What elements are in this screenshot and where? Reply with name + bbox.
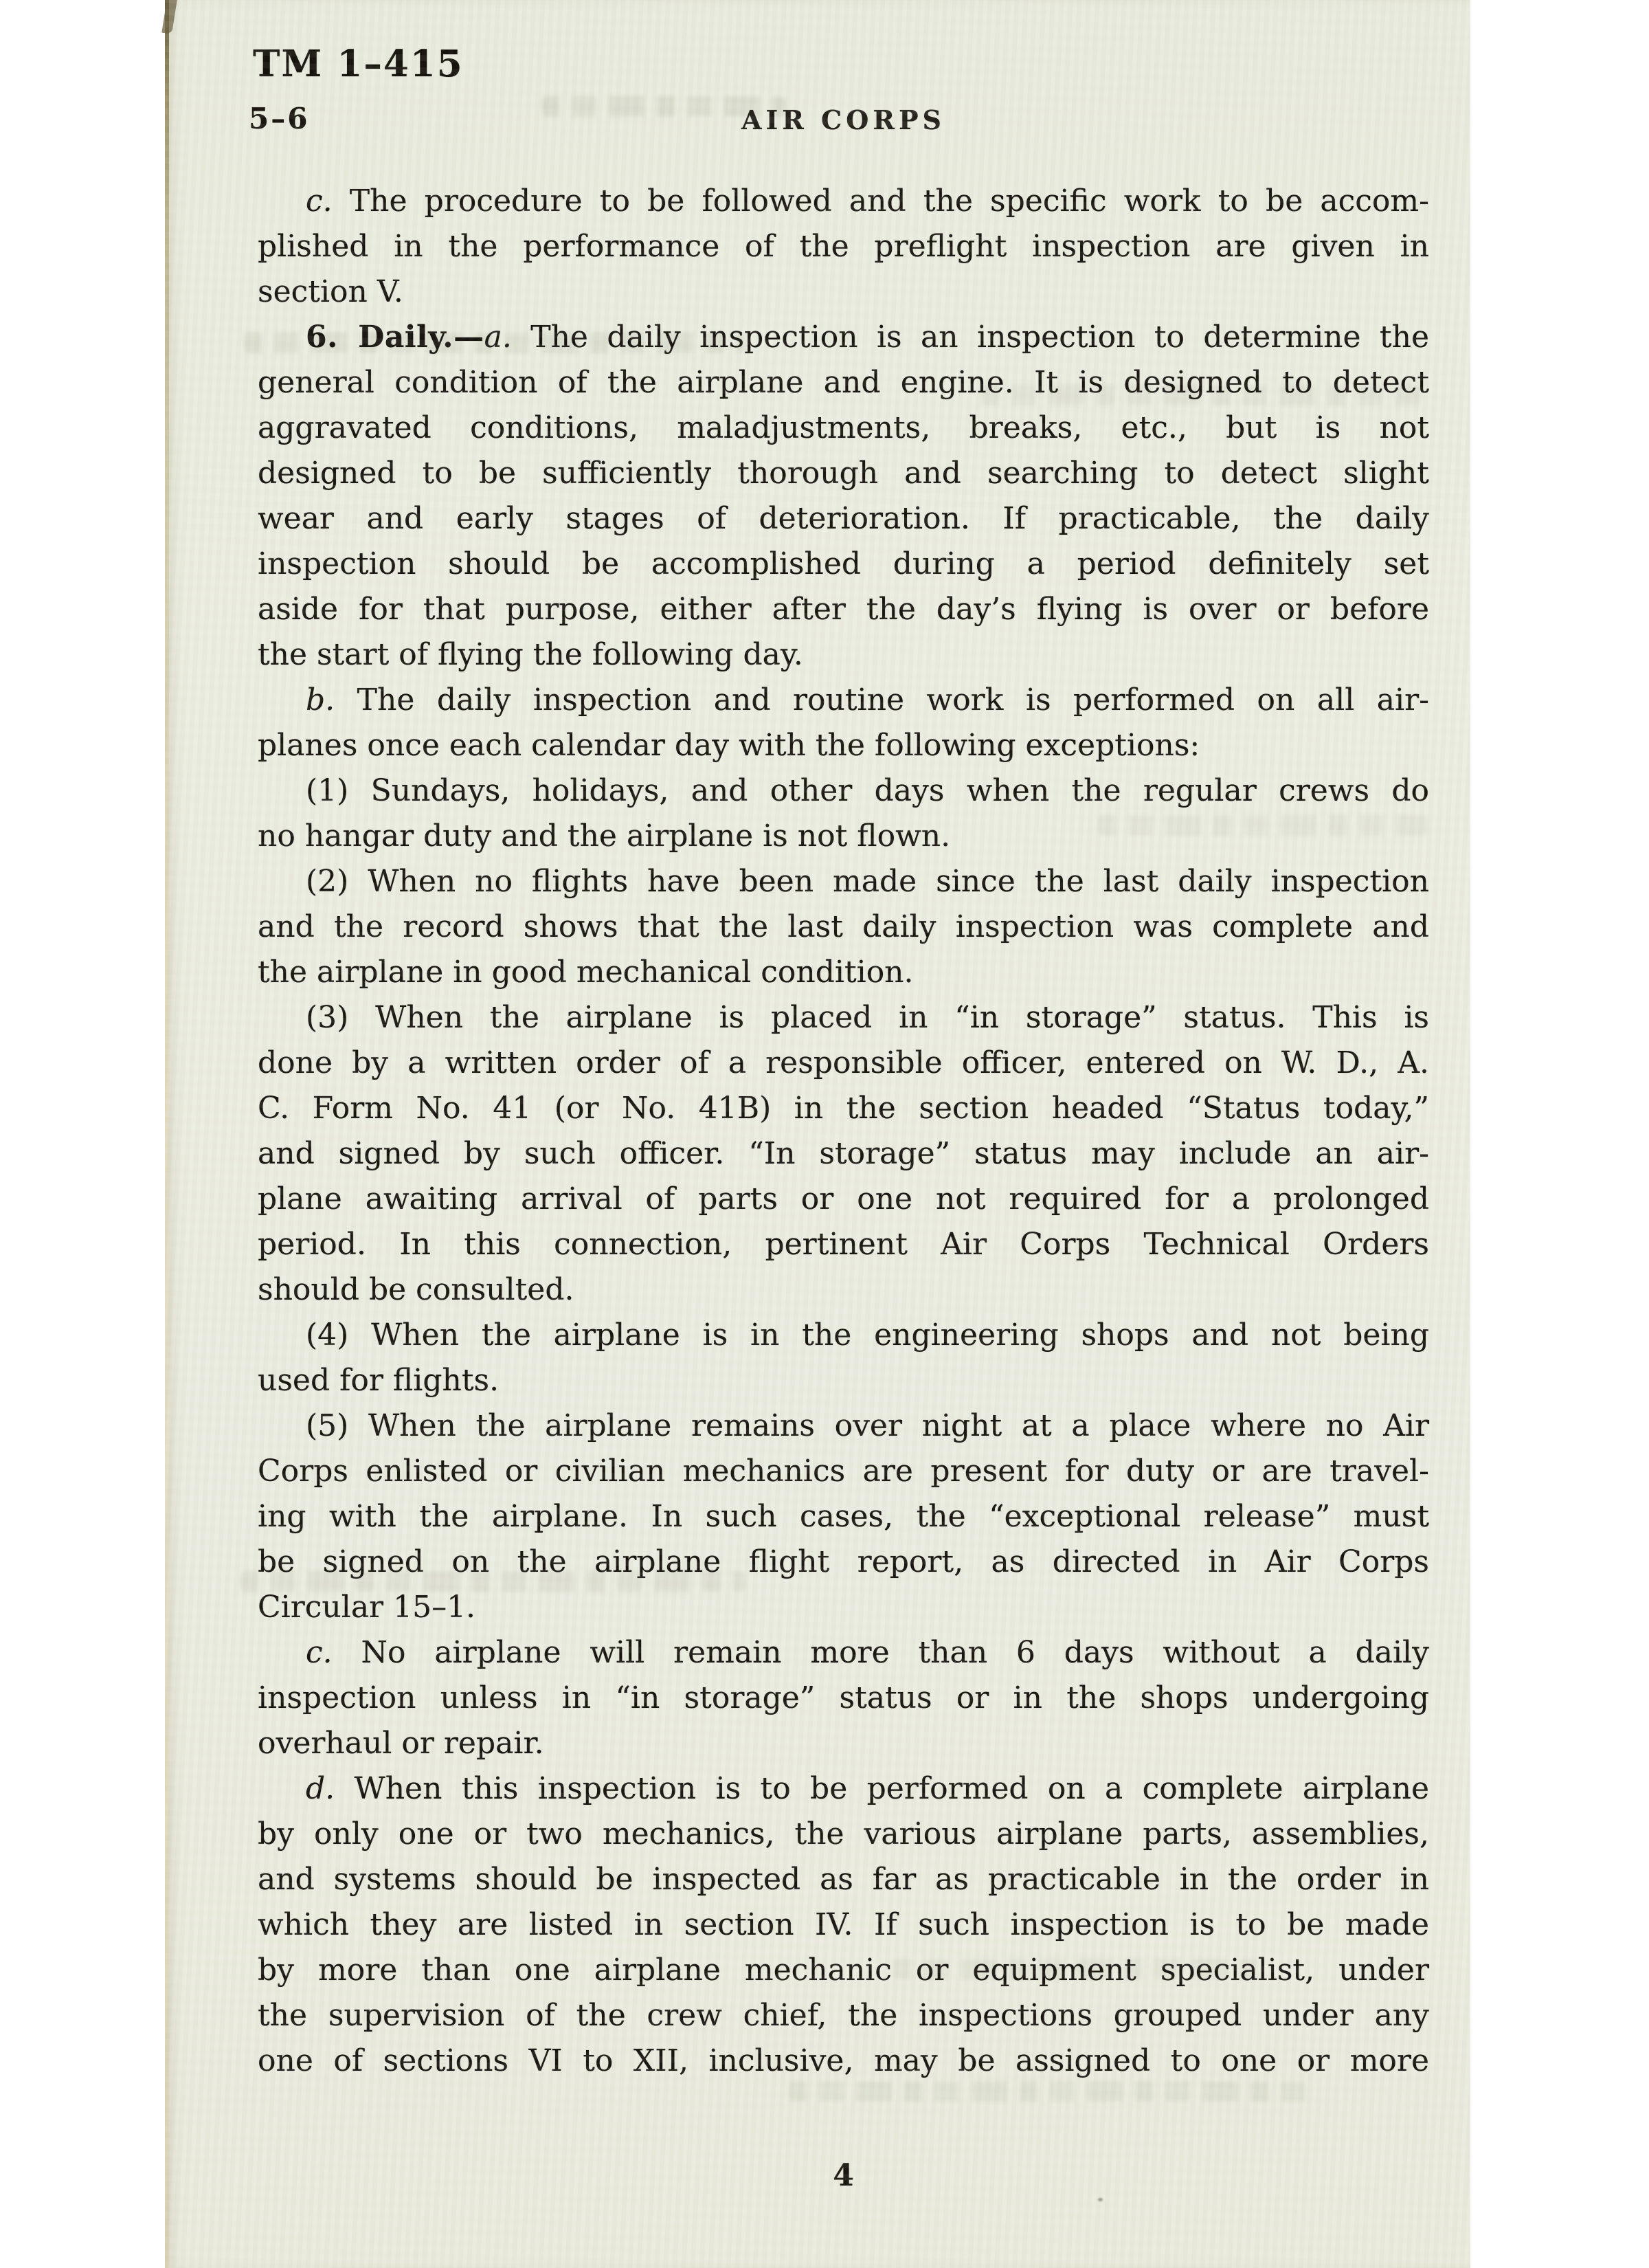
text-line: b. The daily inspection and routine work… [258, 678, 1429, 723]
paper-speck [1098, 2198, 1103, 2201]
text-segment: d. [306, 1771, 335, 1806]
text-line: d. When this inspection is to be perform… [258, 1766, 1429, 1812]
paragraph: (1) Sundays, holidays, and other days wh… [258, 768, 1429, 859]
text-line: used for flights. [258, 1358, 1429, 1403]
text-line: 6. Daily.—a. The daily inspection is an … [258, 315, 1429, 360]
text-segment: inspection should be accomplished during… [258, 546, 1429, 581]
text-segment: by only one or two mechanics, the variou… [258, 1816, 1429, 1852]
paragraph: 6. Daily.—a. The daily inspection is an … [258, 315, 1429, 678]
text-line: wear and early stages of deterioration. … [258, 496, 1429, 542]
text-segment: (1) Sundays, holidays, and other days wh… [306, 773, 1429, 808]
text-line: c. No airplane will remain more than 6 d… [258, 1630, 1429, 1676]
text-segment: no hangar duty and the airplane is not f… [258, 819, 950, 854]
text-line: the supervision of the crew chief, the i… [258, 1993, 1429, 2038]
text-segment: Circular 15–1. [258, 1590, 475, 1625]
running-header: AIR CORPS [258, 104, 1429, 135]
text-segment: used for flights. [258, 1363, 499, 1398]
text-line: and signed by such officer. “In storage”… [258, 1131, 1429, 1177]
text-line: inspection unless in “in storage” status… [258, 1676, 1429, 1721]
paragraph: c. No airplane will remain more than 6 d… [258, 1630, 1429, 1766]
text-segment: The daily inspection is an inspection to… [512, 320, 1429, 355]
text-line: should be consulted. [258, 1267, 1429, 1313]
text-line: no hangar duty and the airplane is not f… [258, 814, 1429, 859]
paragraph: (2) When no flights have been made since… [258, 859, 1429, 995]
text-segment: ing with the airplane. In such cases, th… [258, 1499, 1429, 1534]
text-line: be signed on the airplane flight report,… [258, 1539, 1429, 1585]
text-line: by only one or two mechanics, the variou… [258, 1812, 1429, 1857]
text-line: plane awaiting arrival of parts or one n… [258, 1177, 1429, 1222]
text-line: and the record shows that the last daily… [258, 904, 1429, 950]
text-line: section V. [258, 269, 1429, 315]
text-segment: Corps enlisted or civilian mechanics are… [258, 1454, 1429, 1489]
text-line: (2) When no flights have been made since… [258, 859, 1429, 904]
body-text: c. The procedure to be followed and the … [258, 179, 1429, 2084]
text-line: c. The procedure to be followed and the … [258, 179, 1429, 224]
text-segment: one of sections VI to XII, inclusive, ma… [258, 2043, 1429, 2078]
text-line: (4) When the airplane is in the engineer… [258, 1313, 1429, 1358]
paragraph: b. The daily inspection and routine work… [258, 678, 1429, 768]
paragraph: (4) When the airplane is in the engineer… [258, 1313, 1429, 1403]
text-segment: planes once each calendar day with the f… [258, 728, 1200, 763]
text-line: general condition of the airplane and en… [258, 360, 1429, 405]
text-segment: The procedure to be followed and the spe… [333, 184, 1429, 219]
text-line: and systems should be inspected as far a… [258, 1857, 1429, 1902]
paragraph: (5) When the airplane remains over night… [258, 1403, 1429, 1630]
text-segment: overhaul or repair. [258, 1726, 544, 1761]
text-line: one of sections VI to XII, inclusive, ma… [258, 2038, 1429, 2084]
text-line: done by a written order of a responsible… [258, 1041, 1429, 1086]
text-line: (3) When the airplane is placed in “in s… [258, 995, 1429, 1041]
text-segment: C. Form No. 41 (or No. 41B) in the secti… [258, 1091, 1429, 1126]
text-segment: which they are listed in section IV. If … [258, 1907, 1429, 1942]
text-segment: a. [484, 320, 512, 355]
page-left-edge [165, 0, 169, 2268]
text-segment: the start of flying the following day. [258, 637, 803, 672]
text-segment: section V. [258, 274, 403, 309]
text-segment: (4) When the airplane is in the engineer… [306, 1318, 1429, 1353]
text-segment: the supervision of the crew chief, the i… [258, 1998, 1429, 2033]
text-line: C. Form No. 41 (or No. 41B) in the secti… [258, 1086, 1429, 1131]
text-line: the start of flying the following day. [258, 632, 1429, 678]
text-line: Circular 15–1. [258, 1585, 1429, 1630]
text-line: period. In this connection, pertinent Ai… [258, 1222, 1429, 1267]
text-segment: c. [306, 1635, 333, 1670]
text-segment: general condition of the airplane and en… [258, 365, 1429, 400]
text-segment: done by a written order of a responsible… [258, 1045, 1429, 1080]
text-line: which they are listed in section IV. If … [258, 1902, 1429, 1948]
text-segment: (3) When the airplane is placed in “in s… [306, 1000, 1429, 1035]
text-segment: (5) When the airplane remains over night… [306, 1408, 1429, 1443]
text-segment: and the record shows that the last daily… [258, 909, 1429, 944]
text-segment: c. [306, 184, 333, 219]
text-segment: and signed by such officer. “In storage”… [258, 1136, 1429, 1171]
text-segment: be signed on the airplane flight report,… [258, 1544, 1429, 1579]
text-segment: inspection unless in “in storage” status… [258, 1680, 1429, 1715]
page-edge-nick [161, 0, 177, 33]
bleedthrough-mark [789, 2081, 1308, 2102]
text-segment: wear and early stages of deterioration. … [258, 501, 1429, 536]
page-number: 4 [258, 2158, 1429, 2193]
text-line: inspection should be accomplished during… [258, 542, 1429, 587]
text-segment: the airplane in good mechanical conditio… [258, 955, 914, 990]
scanned-manual-screenshot: { "page": { "manual_number": "TM 1–415",… [0, 0, 1649, 2268]
manual-number: TM 1–415 [253, 43, 464, 85]
text-line: designed to be sufficiently thorough and… [258, 451, 1429, 496]
paragraph: c. The procedure to be followed and the … [258, 179, 1429, 315]
text-segment: period. In this connection, pertinent Ai… [258, 1227, 1429, 1262]
text-segment: No airplane will remain more than 6 days… [333, 1635, 1429, 1670]
text-line: overhaul or repair. [258, 1721, 1429, 1766]
text-line: aside for that purpose, either after the… [258, 587, 1429, 632]
text-line: by more than one airplane mechanic or eq… [258, 1948, 1429, 1993]
text-segment: aside for that purpose, either after the… [258, 592, 1429, 627]
text-line: (1) Sundays, holidays, and other days wh… [258, 768, 1429, 814]
text-segment: (2) When no flights have been made since… [306, 864, 1429, 899]
text-segment: b. [306, 682, 335, 718]
text-segment: When this inspection is to be performed … [335, 1771, 1429, 1806]
book-page: TM 1–415 5–6 AIR CORPS c. The procedure … [165, 0, 1470, 2268]
text-segment: plished in the performance of the prefli… [258, 229, 1429, 264]
text-line: plished in the performance of the prefli… [258, 224, 1429, 269]
text-line: planes once each calendar day with the f… [258, 723, 1429, 768]
text-segment: plane awaiting arrival of parts or one n… [258, 1181, 1429, 1216]
text-segment: 6. Daily.— [306, 320, 484, 355]
paragraph: (3) When the airplane is placed in “in s… [258, 995, 1429, 1313]
paragraph: d. When this inspection is to be perform… [258, 1766, 1429, 2084]
text-segment: by more than one airplane mechanic or eq… [258, 1953, 1429, 1988]
text-segment: and systems should be inspected as far a… [258, 1862, 1429, 1897]
text-segment: aggravated conditions, maladjustments, b… [258, 410, 1429, 445]
text-segment: designed to be sufficiently thorough and… [258, 456, 1429, 491]
text-segment: The daily inspection and routine work is… [335, 682, 1429, 718]
text-line: Corps enlisted or civilian mechanics are… [258, 1449, 1429, 1494]
text-line: (5) When the airplane remains over night… [258, 1403, 1429, 1449]
text-line: the airplane in good mechanical conditio… [258, 950, 1429, 995]
text-line: ing with the airplane. In such cases, th… [258, 1494, 1429, 1539]
text-segment: should be consulted. [258, 1272, 574, 1307]
text-line: aggravated conditions, maladjustments, b… [258, 405, 1429, 451]
